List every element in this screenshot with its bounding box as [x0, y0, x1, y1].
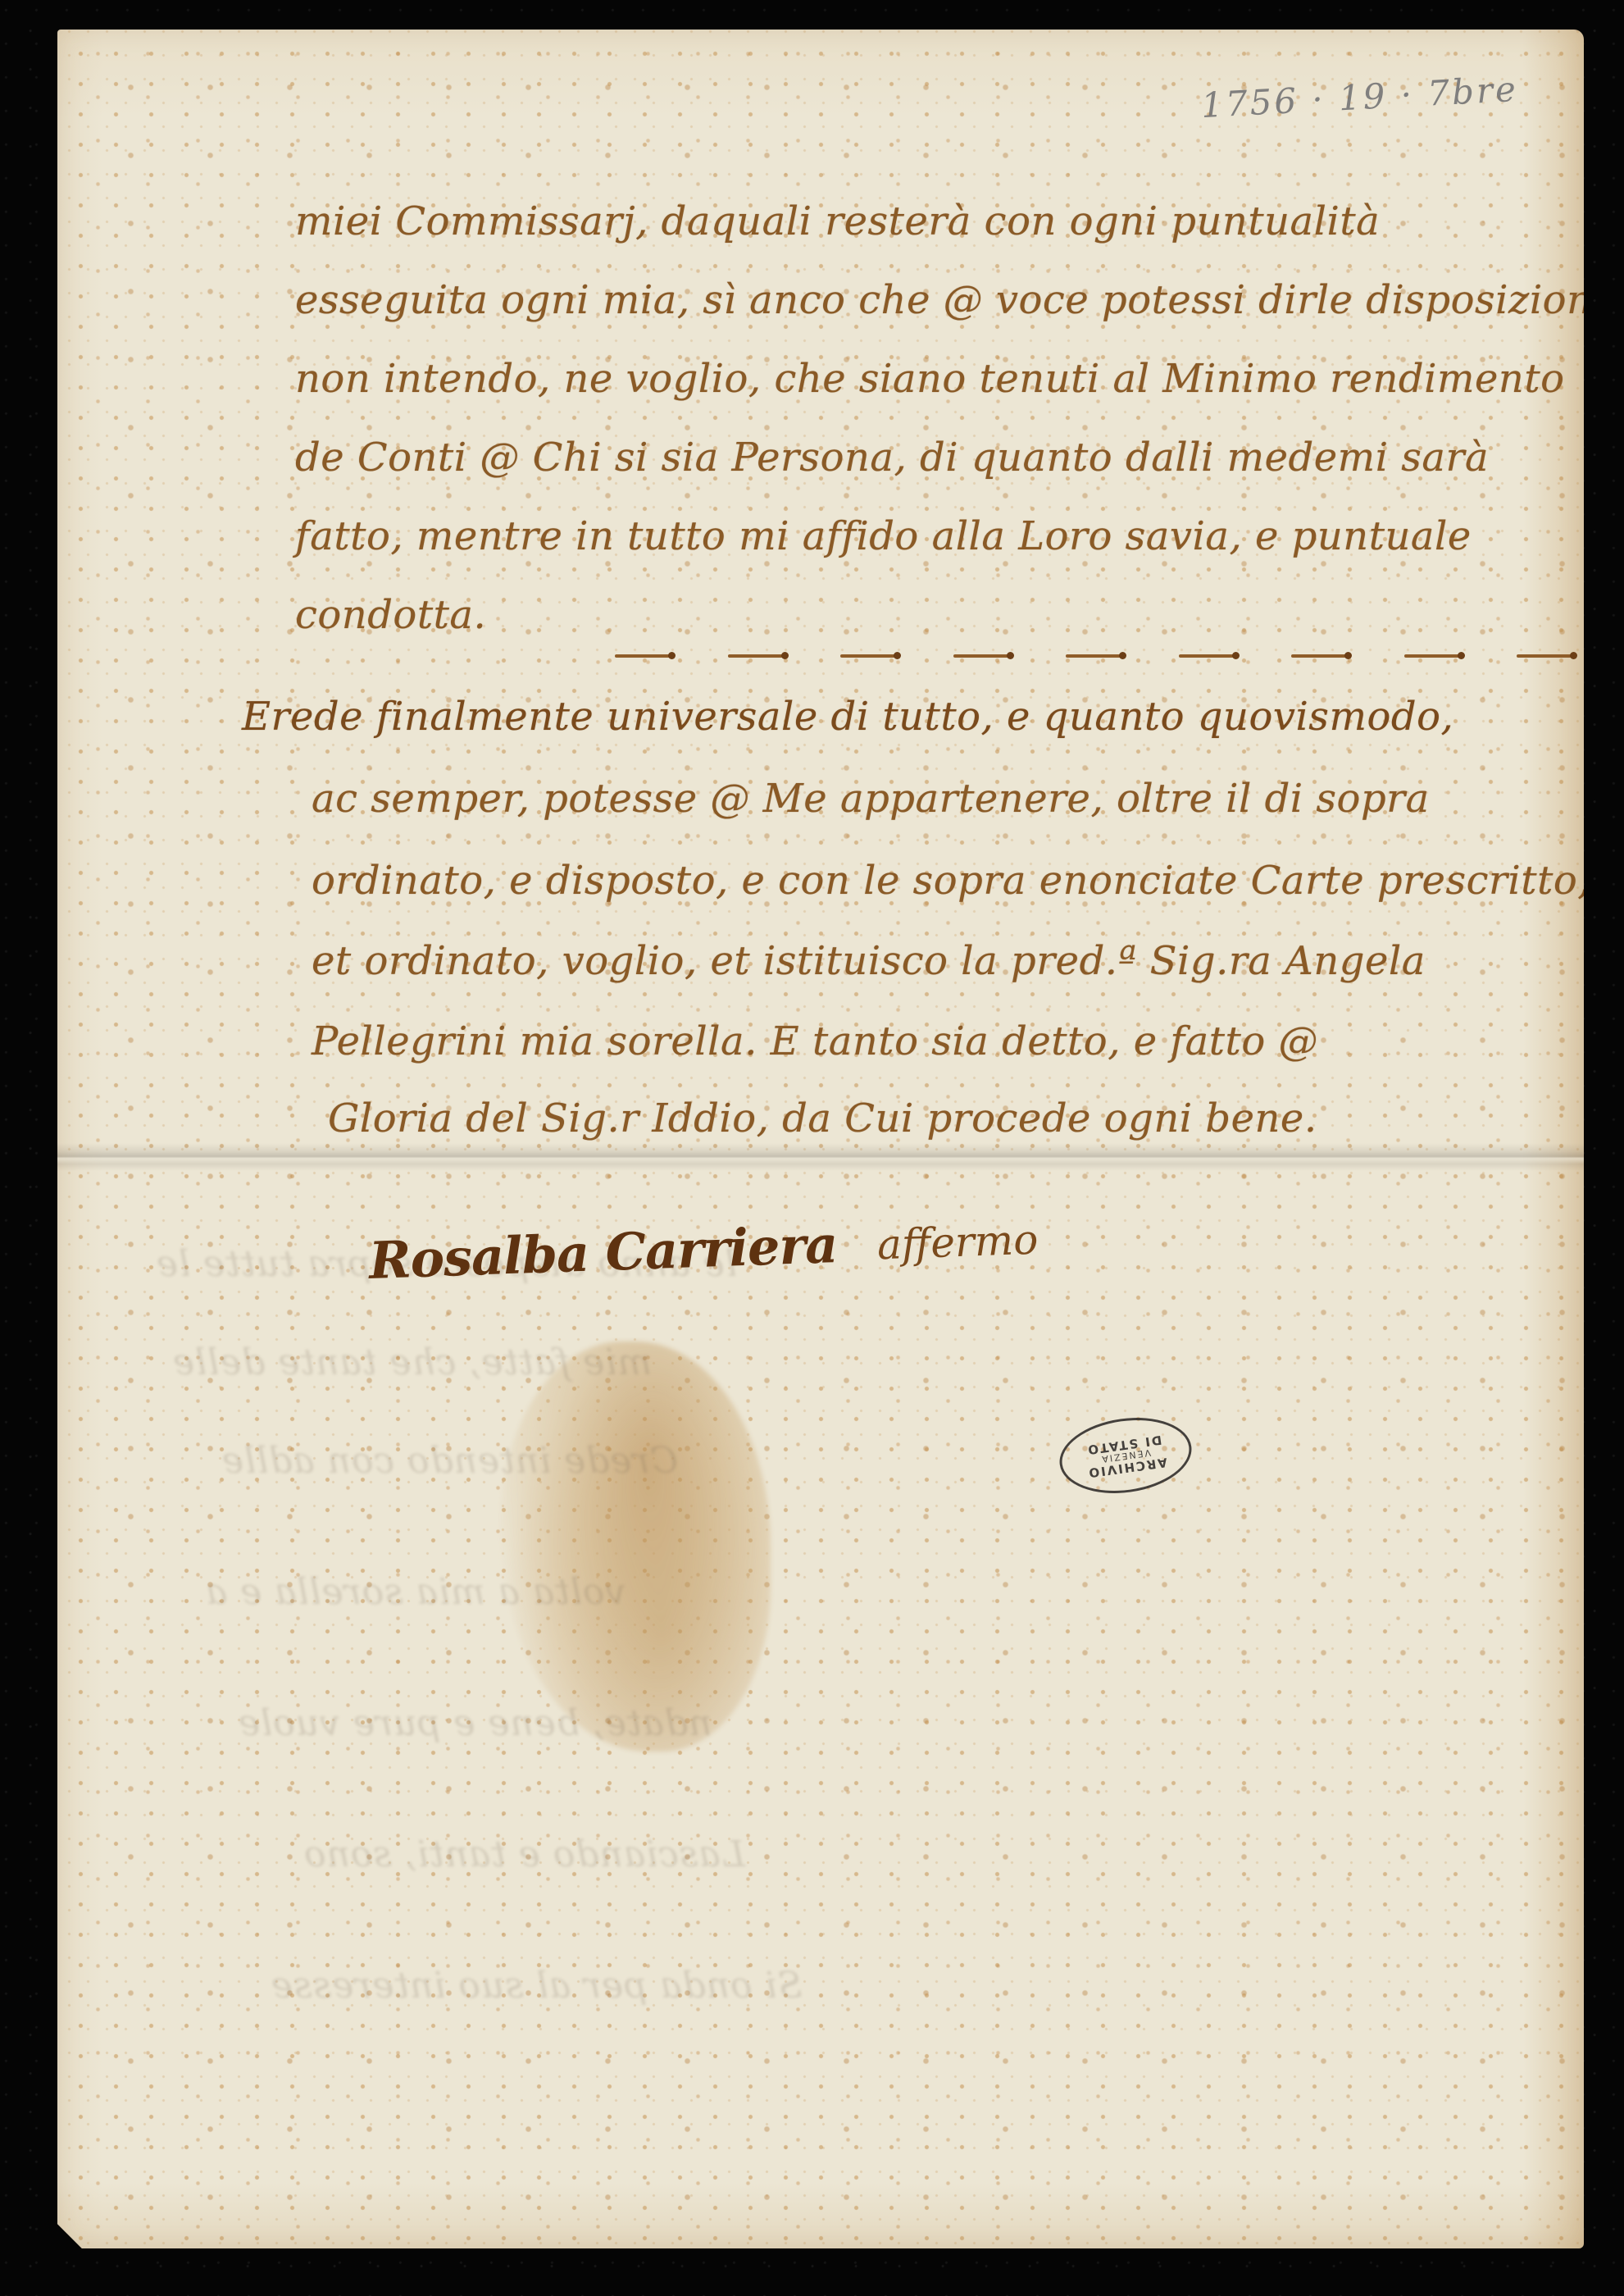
line-filler-dashes	[615, 651, 1574, 661]
filler-dash	[840, 654, 898, 658]
filler-dash	[615, 654, 672, 658]
text-line-5: fatto, mentre in tutto mi affido alla Lo…	[295, 513, 1472, 559]
bleed-through-line: mie fatte, che tante delle	[172, 1342, 652, 1383]
filler-dash	[1291, 654, 1349, 658]
bleed-through-line: Crede intendo con adlle	[221, 1440, 678, 1482]
archival-date-annotation: 1756 · 19 · 7bre	[1200, 69, 1519, 125]
text-line-6: condotta.	[295, 592, 486, 638]
filler-dash	[953, 654, 1011, 658]
water-stain	[500, 1342, 771, 1752]
text-line-3: non intendo, ne voglio, che siano tenuti…	[295, 356, 1565, 402]
text-line-12: Gloria del Sig.r Iddio, da Cui procede o…	[328, 1096, 1317, 1141]
manuscript-page: le anno disposto sopra tutte le mie fatt…	[57, 30, 1584, 2248]
signature: Rosalba Carriera	[368, 1214, 839, 1291]
filler-dash	[1179, 654, 1236, 658]
text-line-9: ordinato, e disposto, e con le sopra eno…	[312, 858, 1590, 904]
fold-line	[57, 1143, 1584, 1171]
text-line-10: et ordinato, voglio, et istituisco la pr…	[312, 938, 1426, 984]
archive-stamp: ARCHIVIO VENEZIA DI STATO	[1055, 1410, 1197, 1501]
filler-dash	[728, 654, 785, 658]
signature-affirmation: affermo	[876, 1216, 1039, 1269]
filler-dash	[1066, 654, 1123, 658]
text-line-11: Pellegrini mia sorella. E tanto sia dett…	[312, 1018, 1318, 1064]
filler-dash	[1404, 654, 1462, 658]
bleed-through-line: volta a mia sorella e a	[205, 1571, 625, 1613]
filler-dash	[1517, 654, 1574, 658]
text-line-7: Erede finalmente universale di tutto, e …	[242, 694, 1453, 740]
text-line-1: miei Commissarj, daquali resterà con ogn…	[295, 198, 1380, 244]
bleed-through-line: Lasciando e tanti, sono	[303, 1834, 745, 1875]
text-line-4: de Conti @ Chi si sia Persona, di quanto…	[295, 435, 1489, 481]
bleed-through-line: Si onda per al suo interesse	[271, 1965, 803, 2007]
text-line-2: esseguita ogni mia, sì anco che @ voce p…	[295, 277, 1624, 323]
text-line-8: ac semper, potesse @ Me appartenere, olt…	[312, 776, 1430, 822]
bleed-through-line: ndate, bene e pure vuole	[238, 1702, 712, 1744]
